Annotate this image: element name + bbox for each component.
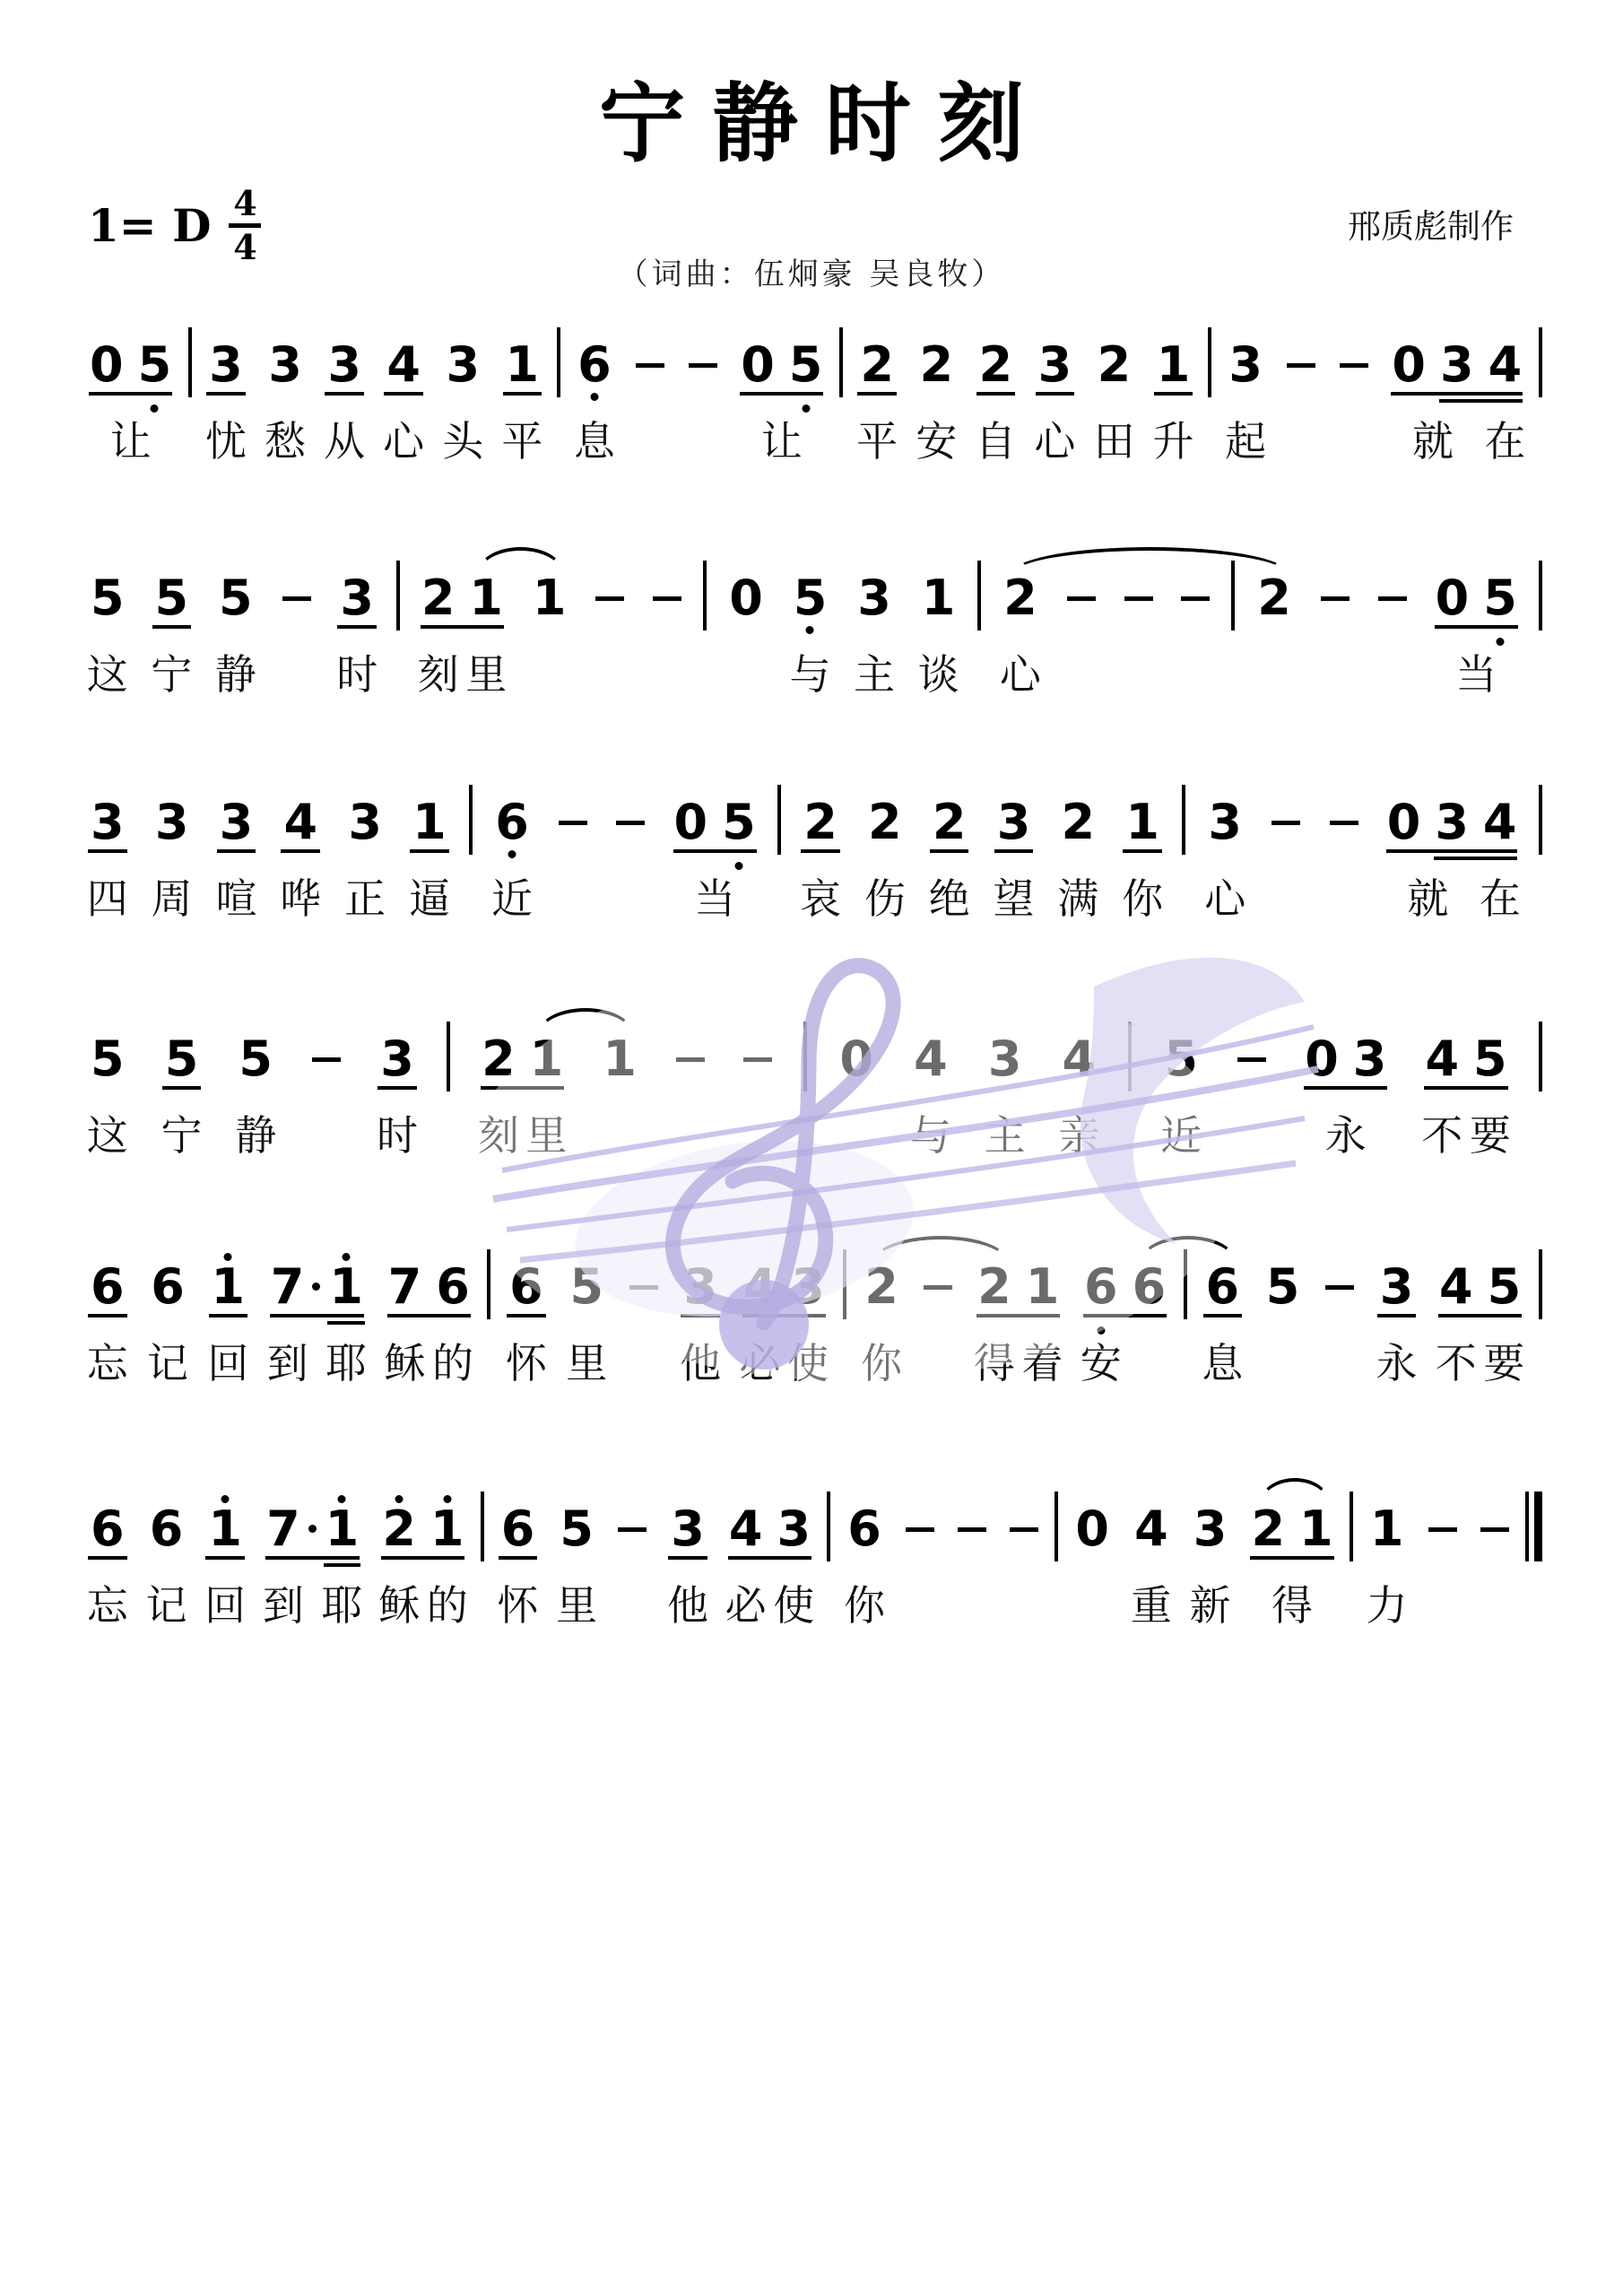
note-digit: 5 [1156,1037,1206,1082]
barline [188,327,192,397]
lyric-char: 着 [1022,1338,1063,1388]
barline [839,327,843,397]
lyric-char: 使 [773,1580,814,1631]
beam-group: 05 [1428,576,1524,621]
duration-dash [1002,1507,1046,1552]
duration-dash [305,1037,348,1082]
lyric-char: 你 [861,1338,902,1388]
lyric-char: 怀 [506,1338,547,1388]
note-digit: 1 [423,1507,472,1552]
lyric-char: 在 [1484,416,1525,466]
lyric-char: 他 [680,1338,721,1388]
lyric-char: 这 [87,649,128,700]
note-digit: 6 [1125,1265,1174,1309]
note-digit: 1 [498,343,548,387]
duration-dash [1230,1037,1273,1082]
duration-dash [611,1507,654,1552]
slur-tie-arc [1140,1236,1237,1265]
lyric-char: 心 [1204,874,1245,924]
note-digit: 1 [523,1037,571,1082]
lyrics-row: 忘记回到耶稣的怀里他必使你重新得力 [82,1580,1542,1632]
lyric-char: 让 [110,416,152,466]
note-digit: 1 [1362,1507,1412,1552]
note-digit: 3 [147,800,197,845]
lyric-char: 这 [87,1110,128,1161]
lyric-char: 正 [344,874,386,924]
lyric-char: 新 [1190,1580,1231,1631]
lyric-char: 忘 [87,1580,128,1631]
duration-dash [629,343,672,387]
final-barline-thin [1525,1492,1529,1561]
duration-dash [646,576,689,621]
lyric-char: 要 [1483,1338,1524,1388]
lyric-char: 记 [145,1580,187,1631]
lyric-char: 从 [324,416,365,466]
lyric-char: 稣 [384,1338,425,1388]
beam-group: 71 [259,1507,366,1552]
notes-row: 555321105312205 [82,570,1542,621]
lyric-char: 愁 [265,416,306,466]
duration-dash [736,1037,779,1082]
note-digit: 5 [1476,576,1524,621]
note-digit: 3 [769,1507,818,1552]
note-digit: 5 [1480,1265,1529,1309]
note-digit: 3 [212,800,262,845]
lyric-char: 忧 [205,416,247,466]
beam-group: 45 [1432,1265,1528,1309]
note-digit: 3 [319,343,369,387]
note-digit: 5 [715,800,763,845]
lyric-char: 与 [910,1110,951,1161]
note-digit: 4 [1055,1037,1105,1082]
duration-dash [1332,343,1376,387]
duration-dash [1060,576,1103,621]
low-octave-dot [734,862,742,870]
note-digit: 1 [525,576,575,621]
slur-tie-arc [872,1236,1009,1265]
beam-group: 34 [1428,800,1523,845]
final-barline [1525,1492,1542,1561]
lyric-char: 里 [556,1580,597,1631]
note-digit: 1 [914,576,964,621]
lyric-char: 到 [263,1580,304,1631]
note-digit: 6 [429,1265,477,1309]
note-digit: 3 [1220,343,1271,387]
lyric-char: 宁 [151,649,192,700]
note-digit: 3 [675,1265,725,1309]
note-digit: 2 [1244,1507,1292,1552]
notes-row: 6617176653432216665345 [82,1259,1542,1309]
barline [977,561,981,631]
note-digit: 7 [264,1265,312,1309]
note-digit: 3 [1372,1265,1422,1309]
authors-credit: （词曲：伍炯豪 吴良牧） [0,249,1623,293]
note-digit: 5 [131,343,179,387]
barline [481,1492,484,1561]
note-digit: 5 [1466,1037,1515,1082]
lyric-char: 心 [1034,416,1075,466]
lyric-char: 主 [854,649,895,700]
beam-group: 43 [736,1265,832,1309]
note-digit: 6 [82,1507,133,1552]
note-digit: 0 [1384,343,1433,387]
lyric-char: 的 [427,1580,468,1631]
music-line-5: 6617176653432216665345 忘记回到耶稣的怀里他必使你得着安息… [82,1259,1542,1394]
beam-group: 21 [970,1265,1066,1309]
barline [557,327,560,397]
lyric-char: 哀 [800,874,841,924]
note-digit: 4 [736,1265,785,1309]
lyric-char: 必 [725,1580,767,1631]
note-digit: 3 [1428,800,1476,845]
note-digit: 5 [551,1507,602,1552]
note-digit: 1 [204,1265,254,1309]
note-digit: 2 [970,1265,1019,1309]
note-digit: 0 [831,1037,881,1082]
note-digit: 2 [474,1037,523,1082]
duration-dash [551,800,595,845]
beam-group: 034 [1380,800,1524,845]
note-digit: 5 [230,1037,281,1082]
beam-group: 66 [1077,1265,1173,1309]
beam-group: 45 [1418,1037,1514,1082]
note-digit: 4 [275,800,325,845]
lyric-char: 不 [1421,1110,1462,1161]
lyric-char: 得 [1271,1580,1313,1631]
duration-dash [1318,1265,1361,1309]
note-digit: 1 [1149,343,1199,387]
note-digit: 5 [82,1037,133,1082]
lyric-char: 绝 [929,874,970,924]
lyric-char: 记 [147,1338,188,1388]
note-digit: 3 [82,800,133,845]
lyric-char: 重 [1131,1580,1172,1631]
beam-group: 05 [733,343,829,387]
duration-dash [1174,576,1217,621]
barline [1182,785,1185,855]
beam-group: 34 [1433,343,1529,387]
note-digit: 2 [911,343,961,387]
lyric-char: 里 [566,1338,607,1388]
note-digit: 5 [782,343,830,387]
lyric-char: 升 [1153,416,1194,466]
barline [447,1022,450,1091]
note-digit: 2 [924,800,975,845]
note-digit: 3 [1185,1507,1236,1552]
duration-dash [681,343,725,387]
note-digit: 7 [259,1507,308,1552]
note-digit: 5 [1258,1265,1308,1309]
note-digit: 3 [260,343,310,387]
lyrics-row: 四周喧哗正逼近当哀伤绝望满你心就在 [82,874,1542,926]
beam-group: 05 [82,343,178,387]
lyric-char: 不 [1436,1338,1477,1388]
barline [1055,1492,1058,1561]
barline [777,785,781,855]
note-digit: 0 [721,576,771,621]
note-digit: 3 [438,343,488,387]
beam-group: 76 [381,1265,477,1309]
note-digit: 1 [200,1507,250,1552]
lyric-char: 你 [1122,874,1163,924]
note-digit: 6 [142,1507,192,1552]
lyric-char: 得 [974,1338,1015,1388]
beam-group: 21 [375,1507,471,1552]
lyric-char: 永 [1325,1110,1367,1161]
lyric-char: 回 [207,1338,248,1388]
note-digit: 3 [849,576,899,621]
lyric-char: 平 [501,416,542,466]
note-digit: 5 [147,576,197,621]
lyric-char: 耶 [325,1338,367,1388]
note-digit: 6 [82,1265,133,1309]
note-digit: 6 [487,800,537,845]
note-digit: 1 [322,1265,370,1309]
note-digit: 7 [381,1265,430,1309]
note-digit: 2 [971,343,1021,387]
lyric-char: 近 [491,874,533,924]
beam-group: 05 [667,800,763,845]
duration-dash [1117,576,1160,621]
barline [827,1492,830,1561]
note-digit: 1 [462,576,510,621]
notes-row: 053334316052223213034 [82,337,1542,387]
lyric-char: 让 [761,416,803,466]
note-digit: 6 [569,343,620,387]
note-digit: 2 [1054,800,1104,845]
note-digit: 4 [1126,1507,1176,1552]
lyric-char: 力 [1367,1580,1408,1631]
note-digit: 6 [1198,1265,1248,1309]
augmentation-dot [308,1507,318,1552]
lyric-char: 里 [465,649,507,700]
lyric-char: 当 [1455,649,1497,700]
lyric-char: 哗 [280,874,321,924]
barline [1128,1022,1132,1091]
lyric-char: 当 [694,874,735,924]
lyrics-row: 让忧愁从心头平息让平安自心田升起就在 [82,416,1542,468]
duration-dash [1323,800,1366,845]
duration-dash [1421,1507,1464,1552]
note-digit: 1 [318,1507,367,1552]
lyric-char: 要 [1470,1110,1511,1161]
note-digit: 0 [667,800,716,845]
low-octave-dot [806,626,814,634]
low-octave-dot [1497,638,1505,646]
meter-upper: 4 [233,187,256,221]
lyric-char: 时 [336,649,378,700]
beam-group: 71 [264,1265,370,1309]
note-digit: 3 [332,576,382,621]
note-digit: 6 [501,1265,551,1309]
note-digit: 2 [1249,576,1299,621]
note-digit: 4 [378,343,429,387]
note-digit: 6 [143,1265,193,1309]
lyric-char: 就 [1412,416,1454,466]
lyric-char: 刻 [478,1110,519,1161]
low-octave-dot [151,404,159,413]
barline [1539,1022,1542,1091]
note-digit: 4 [1418,1037,1466,1082]
barline [469,785,473,855]
duration-dash [898,1507,942,1552]
low-octave-dot [1097,1326,1105,1335]
note-digit: 4 [722,1507,770,1552]
lyric-char: 心 [383,416,424,466]
lyric-char: 在 [1480,874,1521,924]
note-digit: 3 [1346,1037,1394,1082]
lyric-char: 耶 [321,1580,362,1631]
slur-tie-arc [1011,547,1289,577]
duration-dash [1314,576,1357,621]
sheet-music-page: 宁静时刻 1= D 4 4 邢质彪制作 （词曲：伍炯豪 吴良牧） 0533343… [0,0,1623,2296]
beam-group: 21 [414,576,510,621]
duration-dash [588,576,631,621]
note-digit: 4 [1476,800,1524,845]
lyric-char: 平 [856,416,898,466]
lyric-char: 起 [1225,416,1266,466]
lyric-char: 周 [152,874,193,924]
augmentation-dot [311,1265,322,1309]
lyric-char: 怀 [497,1580,538,1631]
song-title: 宁静时刻 [0,56,1623,178]
note-digit: 5 [785,576,836,621]
lyric-char: 静 [235,1110,276,1161]
beam-group: 43 [722,1507,818,1552]
beam-group: 21 [1244,1507,1340,1552]
low-octave-dot [590,393,598,401]
lyric-char: 忘 [87,1338,128,1388]
beam-group: 03 [1298,1037,1393,1082]
lyric-char: 伤 [864,874,906,924]
lyric-char: 主 [985,1110,1026,1161]
barline [703,561,707,631]
duration-dash [1473,1507,1516,1552]
lyric-char: 满 [1057,874,1098,924]
lyric-char: 的 [432,1338,473,1388]
note-digit: 6 [493,1507,543,1552]
duration-dash [609,800,652,845]
note-digit: 0 [1067,1507,1117,1552]
note-digit: 1 [1117,800,1167,845]
lyric-char: 近 [1160,1110,1202,1161]
note-digit: 1 [404,800,455,845]
note-digit: 2 [414,576,463,621]
low-octave-dot [508,850,516,858]
note-digit: 6 [839,1507,890,1552]
lyric-char: 息 [1202,1338,1243,1388]
lyric-char: 喧 [215,874,256,924]
duration-dash [669,1037,712,1082]
note-digit: 4 [1432,1265,1480,1309]
lyric-char: 望 [993,874,1034,924]
note-digit: 2 [995,576,1046,621]
notes-row: 6617121653436043211 [82,1501,1542,1552]
lyric-char: 里 [525,1110,567,1161]
note-digit: 2 [1089,343,1140,387]
note-digit: 5 [157,1037,207,1082]
slur-tie-arc [477,547,564,577]
note-digit: 6 [1077,1265,1125,1309]
note-digit: 1 [595,1037,645,1082]
key-label: 1= D [88,199,211,252]
note-digit: 3 [372,1037,422,1082]
lyric-char: 到 [267,1338,308,1388]
note-digit: 2 [795,800,846,845]
barline [1539,1249,1542,1319]
barline [1539,327,1542,397]
duration-dash [1264,800,1307,845]
duration-dash [275,576,318,621]
lyric-char: 刻 [418,649,459,700]
lyrics-row: 这宁静时刻里与主谈心当 [82,649,1542,701]
lyric-char: 心 [1000,649,1041,700]
note-digit: 3 [980,1037,1030,1082]
note-digit: 5 [561,1265,612,1309]
barline [1208,327,1211,397]
note-digit: 3 [1433,343,1481,387]
note-digit: 0 [1428,576,1477,621]
note-digit: 0 [1298,1037,1346,1082]
lyric-char: 谈 [917,649,959,700]
duration-dash [1371,576,1414,621]
note-digit: 3 [784,1265,832,1309]
barline [803,1022,807,1091]
lyric-char: 就 [1407,874,1448,924]
note-digit: 4 [1481,343,1530,387]
low-octave-dot [802,404,810,413]
lyric-char: 使 [787,1338,829,1388]
barline [487,1249,490,1319]
music-line-4: 5553211043450345 这宁静时刻里与主亲近永不要 [82,1031,1542,1166]
barline [396,561,400,631]
slur-tie-arc [1259,1478,1331,1508]
notes-row: 3334316052223213034 [82,795,1542,845]
note-digit: 0 [733,343,782,387]
lyric-char: 静 [215,649,256,700]
lyric-char: 自 [975,416,1016,466]
lyric-char: 息 [574,416,615,466]
note-digit: 0 [1380,800,1428,845]
note-digit: 2 [856,1265,907,1309]
lyric-char: 田 [1093,416,1134,466]
note-digit: 0 [82,343,131,387]
final-barline-thick [1534,1492,1542,1561]
note-digit: 3 [340,800,390,845]
lyric-char: 头 [442,416,483,466]
barline [1539,785,1542,855]
beam-group: 21 [474,1037,570,1082]
barline [1350,1492,1353,1561]
lyric-char: 时 [377,1110,418,1161]
lyric-char: 宁 [161,1110,202,1161]
music-line-1: 053334316052223213034 让忧愁从心头平息让平安自心田升起就在 [82,337,1542,472]
note-digit: 2 [375,1507,423,1552]
lyrics-row: 忘记回到耶稣的怀里他必使你得着安息永不要 [82,1338,1542,1390]
note-digit: 3 [1200,800,1250,845]
lyric-char: 永 [1376,1338,1418,1388]
beam-group: 034 [1384,343,1529,387]
maker-credit: 邢质彪制作 [1348,199,1514,248]
lyric-char: 四 [87,874,128,924]
barline [1539,561,1542,631]
note-digit: 5 [82,576,133,621]
lyric-char: 安 [916,416,957,466]
slur-tie-arc [537,1008,634,1038]
lyric-char: 稣 [378,1580,420,1631]
note-digit: 2 [852,343,902,387]
music-line-2: 555321105312205 这宁静时刻里与主谈心当 [82,570,1542,705]
